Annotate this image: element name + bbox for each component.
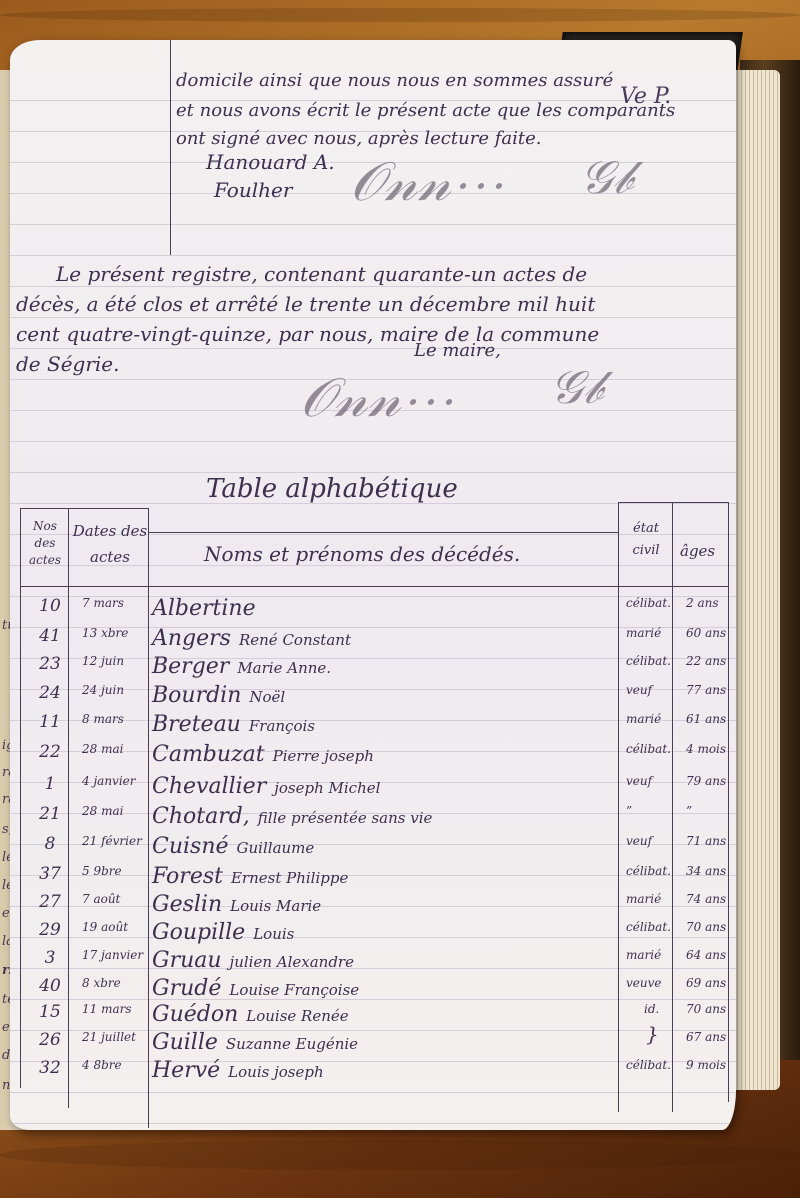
given-names: fille présentée sans vie: [258, 809, 433, 827]
act-number: 11: [28, 712, 72, 732]
given-names: Suzanne Eugénie: [226, 1035, 358, 1053]
civil-status: marié: [626, 712, 686, 726]
table-row: 1 4 janvier Chevallierjoseph Michel veuf…: [10, 774, 736, 801]
surname: Chotard,: [152, 804, 250, 829]
act-date: 7 mars: [82, 596, 162, 610]
given-names: joseph Michel: [274, 779, 380, 797]
names-header-rule: [148, 532, 618, 533]
table-row: 32 4 8bre HervéLouis joseph célibat. 9 m…: [10, 1058, 736, 1085]
header-etat-civil: état civil: [622, 518, 670, 562]
surname: Hervé: [152, 1058, 220, 1083]
closing-line: de Ségrie.: [16, 352, 120, 376]
surname: Berger: [152, 654, 229, 679]
header-numero: Nos des actes: [22, 518, 68, 569]
deceased-name: ForestErnest Philippe: [152, 864, 348, 889]
act-number: 41: [28, 626, 72, 646]
surname: Geslin: [152, 892, 222, 917]
table-row: 21 28 mai Chotard,fille présentée sans v…: [10, 804, 736, 831]
age: 69 ans: [686, 976, 736, 990]
surname: Albertine: [152, 596, 256, 621]
closing-line: cent quatre-vingt-quinze, par nous, mair…: [16, 322, 599, 346]
surname: Chevallier: [152, 774, 266, 799]
surname: Grudé: [152, 976, 221, 1001]
table-row: 8 21 février CuisnéGuillaume veuf 71 ans: [10, 834, 736, 861]
act-date: 28 mai: [82, 804, 162, 818]
act-number: 32: [28, 1058, 72, 1078]
header-bottom-rule: [20, 586, 728, 587]
act-date: 19 août: [82, 920, 162, 934]
act-date: 28 mai: [82, 742, 162, 756]
given-names: François: [249, 717, 315, 735]
witness-signature: Hanouard A.: [206, 150, 335, 174]
deceased-name: BergerMarie Anne.: [152, 654, 331, 679]
header-ages: âges: [680, 542, 715, 560]
act-date: 13 xbre: [82, 626, 162, 640]
surname: Cuisné: [152, 834, 229, 859]
act-number: 8: [28, 834, 72, 854]
given-names: Louise Françoise: [229, 981, 359, 999]
age: 70 ans: [686, 920, 736, 934]
act-number: 40: [28, 976, 72, 996]
table-row: 3 17 janvier Gruaujulien Alexandre marié…: [10, 948, 736, 975]
age: 67 ans: [686, 1030, 736, 1044]
given-names: Noël: [249, 688, 285, 706]
table-top-rule: [618, 502, 728, 503]
deceased-name: Chevallierjoseph Michel: [152, 774, 380, 799]
act-date: 4 8bre: [82, 1058, 162, 1072]
deceased-name: GeslinLouis Marie: [152, 892, 321, 917]
age: 2 ans: [686, 596, 736, 610]
deceased-name: Chotard,fille présentée sans vie: [152, 804, 432, 829]
civil-status: veuf: [626, 683, 686, 697]
act-number: 24: [28, 683, 72, 703]
act-line: ont signé avec nous, après lecture faite…: [176, 128, 541, 149]
act-number: 3: [28, 948, 72, 968]
civil-status: célibat.: [626, 920, 686, 934]
mayor-signature-flourish: 𝒢𝒷: [550, 360, 603, 416]
act-date: 11 mars: [82, 1002, 162, 1016]
table-row: 22 28 mai CambuzatPierre joseph célibat.…: [10, 742, 736, 769]
civil-status: célibat.: [626, 654, 686, 668]
deceased-name: GuédonLouise Renée: [152, 1002, 349, 1027]
surname: Breteau: [152, 712, 241, 737]
wood-grain: [0, 8, 800, 22]
civil-status: marié: [626, 948, 686, 962]
surname: Guédon: [152, 1002, 238, 1027]
act-date: 4 janvier: [82, 774, 162, 788]
deceased-name: GrudéLouise Françoise: [152, 976, 359, 1001]
deceased-name: BourdinNoël: [152, 683, 285, 708]
act-number: 10: [28, 596, 72, 616]
mayor-signature: 𝒪𝓃𝓃⋯: [300, 366, 455, 430]
deceased-name: Albertine: [152, 596, 264, 621]
act-date: 5 9bre: [82, 864, 162, 878]
deceased-name: AngersRené Constant: [152, 626, 351, 651]
surname: Cambuzat: [152, 742, 265, 767]
age: 79 ans: [686, 774, 736, 788]
given-names: Guillaume: [237, 839, 315, 857]
header-dates: Dates des actes: [72, 518, 148, 570]
act-number: 26: [28, 1030, 72, 1050]
given-names: Pierre joseph: [273, 747, 374, 765]
given-names: Louis Marie: [230, 897, 321, 915]
act-number: 1: [28, 774, 72, 794]
signature-label: Le maire,: [414, 340, 501, 361]
civil-status: veuve: [626, 976, 686, 990]
act-date: 21 février: [82, 834, 162, 848]
margin-note: Ve P.: [620, 84, 671, 109]
age: 77 ans: [686, 683, 736, 697]
register-page: domicile ainsi que nous nous en sommes a…: [10, 40, 736, 1130]
given-names: René Constant: [239, 631, 351, 649]
given-names: Ernest Philippe: [231, 869, 348, 887]
act-date: 21 juillet: [82, 1030, 162, 1044]
margin-rule: [170, 40, 171, 255]
deceased-name: GoupilleLouis: [152, 920, 294, 945]
act-number: 37: [28, 864, 72, 884]
deceased-name: Gruaujulien Alexandre: [152, 948, 354, 973]
age: 61 ans: [686, 712, 736, 726]
surname: Angers: [152, 626, 231, 651]
act-date: 24 juin: [82, 683, 162, 697]
age: 34 ans: [686, 864, 736, 878]
given-names: julien Alexandre: [230, 953, 354, 971]
table-row: 24 24 juin BourdinNoël veuf 77 ans: [10, 683, 736, 710]
act-number: 27: [28, 892, 72, 912]
table-row: 10 7 mars Albertine célibat. 2 ans: [10, 596, 736, 623]
civil-status: célibat.: [626, 596, 686, 610]
table-top-rule: [20, 508, 148, 509]
age: ”: [686, 804, 736, 818]
deceased-name: HervéLouis joseph: [152, 1058, 324, 1083]
act-date: 8 xbre: [82, 976, 162, 990]
act-number: 23: [28, 654, 72, 674]
civil-status: célibat.: [626, 864, 686, 878]
given-names: Louise Renée: [246, 1007, 348, 1025]
surname: Goupille: [152, 920, 245, 945]
table-title: Table alphabétique: [206, 474, 458, 504]
age: 9 mois: [686, 1058, 736, 1072]
surname: Guille: [152, 1030, 218, 1055]
header-noms: Noms et prénoms des décédés.: [204, 542, 520, 566]
act-date: 17 janvier: [82, 948, 162, 962]
deceased-name: CambuzatPierre joseph: [152, 742, 374, 767]
act-line: domicile ainsi que nous nous en sommes a…: [176, 70, 613, 91]
civil-status: célibat.: [626, 742, 686, 756]
civil-status: célibat.: [626, 1058, 686, 1072]
table-row: 27 7 août GeslinLouis Marie marié 74 ans: [10, 892, 736, 919]
civil-status: marié: [626, 626, 686, 640]
given-names: Louis joseph: [228, 1063, 323, 1081]
table-row: 23 12 juin BergerMarie Anne. célibat. 22…: [10, 654, 736, 681]
given-names: Marie Anne.: [237, 659, 331, 677]
age: 60 ans: [686, 626, 736, 640]
civil-status: ”: [626, 804, 686, 818]
act-date: 7 août: [82, 892, 162, 906]
age: 64 ans: [686, 948, 736, 962]
act-number: 21: [28, 804, 72, 824]
surname: Forest: [152, 864, 223, 889]
witness-signature: Foulher: [214, 178, 292, 202]
table-row: 37 5 9bre ForestErnest Philippe célibat.…: [10, 864, 736, 891]
table-row: 40 8 xbre GrudéLouise Françoise veuve 69…: [10, 976, 736, 1003]
surname: Bourdin: [152, 683, 241, 708]
deceased-name: CuisnéGuillaume: [152, 834, 314, 859]
age: 74 ans: [686, 892, 736, 906]
wood-grain: [0, 1140, 800, 1170]
table-row: 15 11 mars GuédonLouise Renée id. 70 ans: [10, 1002, 736, 1029]
act-number: 22: [28, 742, 72, 762]
age: 71 ans: [686, 834, 736, 848]
deceased-name: BreteauFrançois: [152, 712, 315, 737]
table-row: 11 8 mars BreteauFrançois marié 61 ans: [10, 712, 736, 739]
surname: Gruau: [152, 948, 222, 973]
act-number: 29: [28, 920, 72, 940]
table-row: 26 21 juillet GuilleSuzanne Eugénie } 67…: [10, 1030, 736, 1057]
given-names: Louis: [253, 925, 294, 943]
closing-line: décès, a été clos et arrêté le trente un…: [16, 292, 595, 316]
deceased-name: GuilleSuzanne Eugénie: [152, 1030, 358, 1055]
table-row: 41 13 xbre AngersRené Constant marié 60 …: [10, 626, 736, 653]
table-row: 29 19 août GoupilleLouis célibat. 70 ans: [10, 920, 736, 947]
signature-flourish: 𝒢𝒷: [580, 150, 633, 206]
civil-status: veuf: [626, 834, 686, 848]
act-date: 12 juin: [82, 654, 162, 668]
civil-status: veuf: [626, 774, 686, 788]
mayor-signature-flourish: 𝒪𝓃𝓃⋯: [350, 150, 505, 214]
civil-status: marié: [626, 892, 686, 906]
age: 22 ans: [686, 654, 736, 668]
closing-line: Le présent registre, contenant quarante-…: [56, 262, 587, 286]
age: 70 ans: [686, 1002, 736, 1016]
act-line: et nous avons écrit le présent acte que …: [176, 100, 675, 121]
act-date: 8 mars: [82, 712, 162, 726]
act-number: 15: [28, 1002, 72, 1022]
age: 4 mois: [686, 742, 736, 756]
